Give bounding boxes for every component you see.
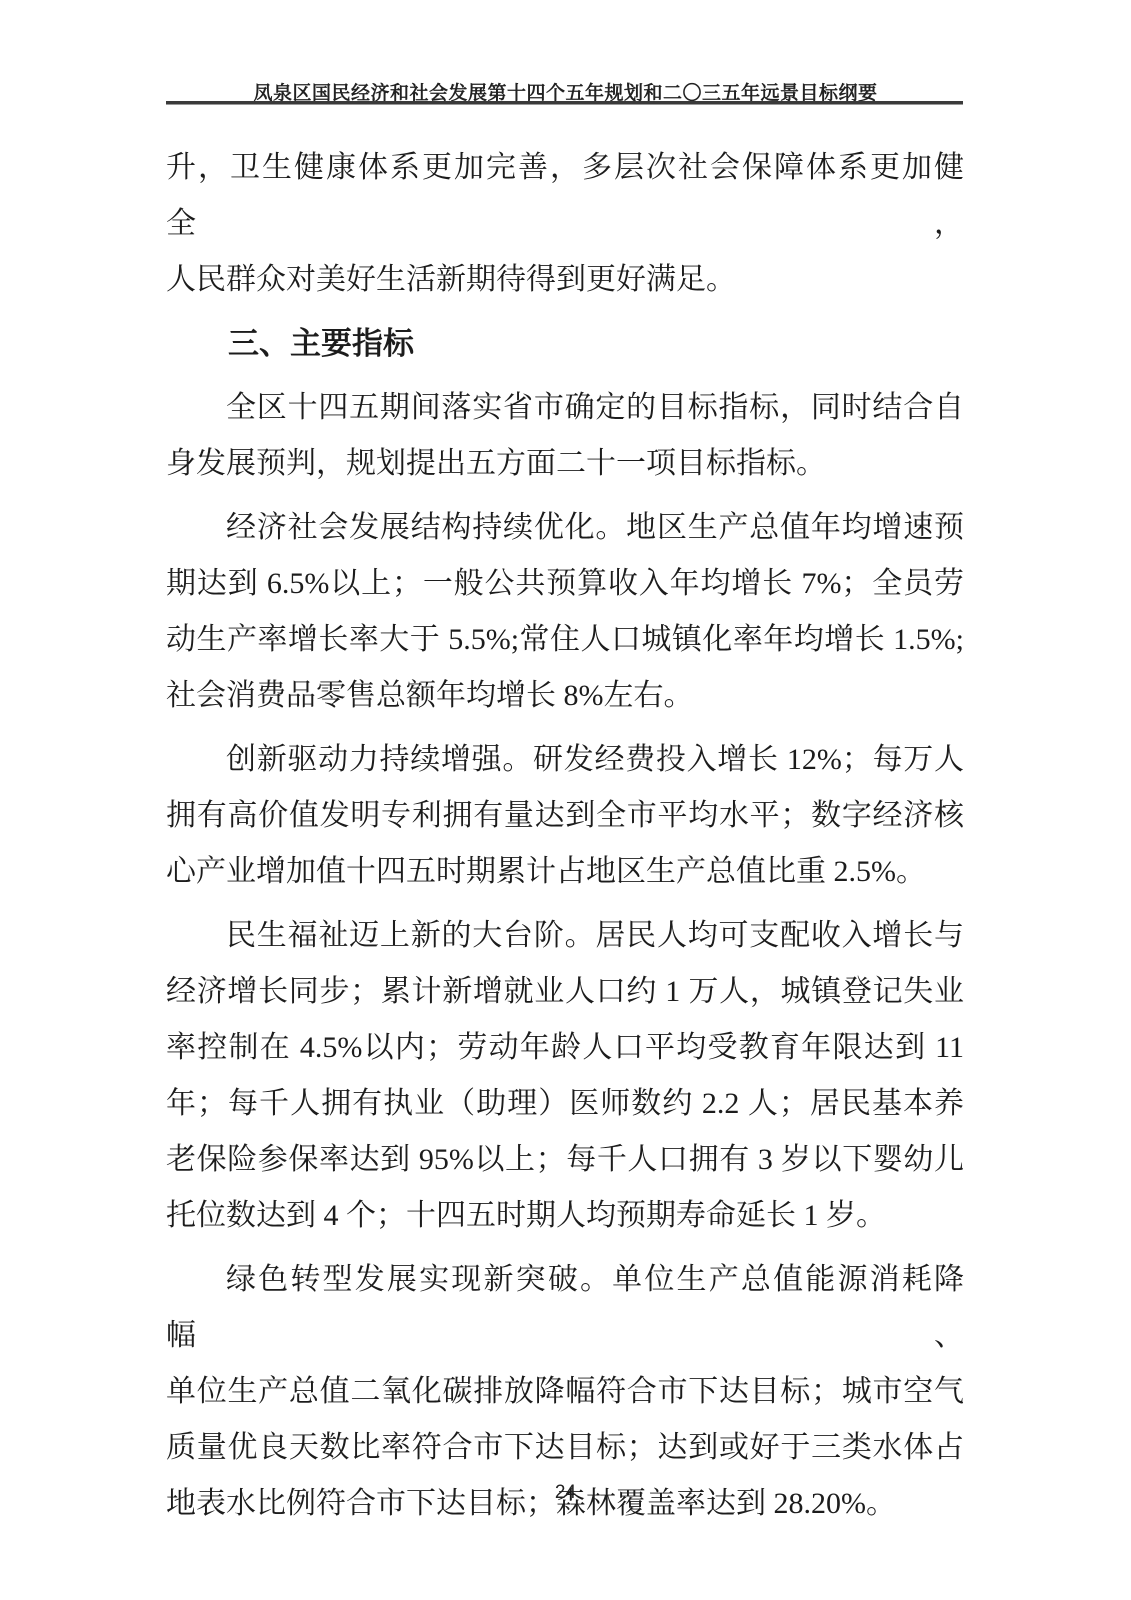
text-line: 质量优良天数比率符合市下达目标；达到或好于三类水体占 <box>166 1420 964 1476</box>
text-line: 期达到 6.5%以上；一般公共预算收入年均增长 7%；全员劳 <box>166 556 964 612</box>
text-line: 民生福祉迈上新的大台阶。居民人均可支配收入增长与 <box>166 908 964 964</box>
header-rule <box>166 101 963 104</box>
text-line: 动生产率增长率大于 5.5%;常住人口城镇化率年均增长 1.5%; <box>166 612 964 668</box>
text-line: 社会消费品零售总额年均增长 8%左右。 <box>166 668 964 724</box>
paragraph-livelihood: 民生福祉迈上新的大台阶。居民人均可支配收入增长与经济增长同步；累计新增就业人口约… <box>166 908 964 1244</box>
text-line: 升，卫生健康体系更加完善，多层次社会保障体系更加健全， <box>166 140 964 252</box>
text-line: 单位生产总值二氧化碳排放降幅符合市下达目标；城市空气 <box>166 1364 964 1420</box>
text-line: 托位数达到 4 个；十四五时期人均预期寿命延长 1 岁。 <box>166 1188 964 1244</box>
page-number: 24 <box>0 1482 1131 1504</box>
text-line: 三、主要指标 <box>166 316 964 372</box>
text-line: 拥有高价值发明专利拥有量达到全市平均水平；数字经济核 <box>166 788 964 844</box>
text-line: 老保险参保率达到 95%以上；每千人口拥有 3 岁以下婴幼儿 <box>166 1132 964 1188</box>
text-line: 全区十四五期间落实省市确定的目标指标，同时结合自 <box>166 380 964 436</box>
text-line: 身发展预判，规划提出五方面二十一项目标指标。 <box>166 436 964 492</box>
paragraph-innovation: 创新驱动力持续增强。研发经费投入增长 12%；每万人拥有高价值发明专利拥有量达到… <box>166 732 964 900</box>
text-line: 心产业增加值十四五时期累计占地区生产总值比重 2.5%。 <box>166 844 964 900</box>
text-line: 绿色转型发展实现新突破。单位生产总值能源消耗降幅、 <box>166 1252 964 1364</box>
text-line: 经济社会发展结构持续优化。地区生产总值年均增速预 <box>166 500 964 556</box>
text-line: 人民群众对美好生活新期待得到更好满足。 <box>166 252 964 308</box>
text-line: 率控制在 4.5%以内；劳动年龄人口平均受教育年限达到 11 <box>166 1020 964 1076</box>
document-page: 凤泉区国民经济和社会发展第十四个五年规划和二〇三五年远景目标纲要 升，卫生健康体… <box>0 0 1131 1600</box>
section-heading: 三、主要指标 <box>166 316 964 372</box>
paragraph-economic-structure: 经济社会发展结构持续优化。地区生产总值年均增速预期达到 6.5%以上；一般公共预… <box>166 500 964 724</box>
text-line: 年；每千人拥有执业（助理）医师数约 2.2 人；居民基本养 <box>166 1076 964 1132</box>
text-line: 经济增长同步；累计新增就业人口约 1 万人，城镇登记失业 <box>166 964 964 1020</box>
paragraph-overview: 全区十四五期间落实省市确定的目标指标，同时结合自身发展预判，规划提出五方面二十一… <box>166 380 964 492</box>
document-body: 升，卫生健康体系更加完善，多层次社会保障体系更加健全，人民群众对美好生活新期待得… <box>166 140 964 1532</box>
paragraph-continuation: 升，卫生健康体系更加完善，多层次社会保障体系更加健全，人民群众对美好生活新期待得… <box>166 140 964 308</box>
text-line: 创新驱动力持续增强。研发经费投入增长 12%；每万人 <box>166 732 964 788</box>
